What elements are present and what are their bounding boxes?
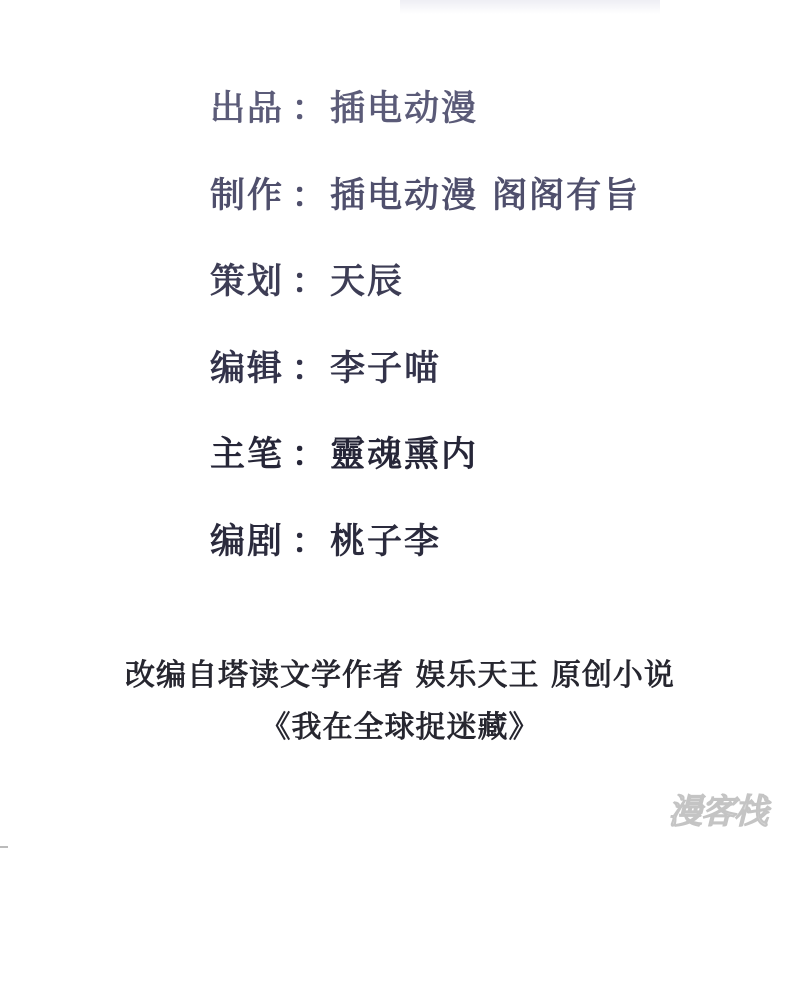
novel-title: 《我在全球捉迷藏》: [0, 702, 800, 754]
credit-row-editor: 编辑 ： 李子喵: [210, 340, 640, 392]
credit-name: 插电动漫: [330, 81, 478, 131]
edge-mark-decoration: [0, 846, 8, 848]
adaptation-source: 改编自塔读文学作者 娱乐天王 原创小说 《我在全球捉迷藏》: [0, 650, 800, 754]
credit-row-production: 制作 ： 插电动漫 阁阁有旨: [210, 167, 640, 219]
credit-name: 桃子李: [330, 514, 441, 564]
watermark-logo: 漫客栈: [668, 790, 790, 834]
credit-role: 策划: [210, 254, 290, 304]
credits-list: 出品 ： 插电动漫 制作 ： 插电动漫 阁阁有旨 策划 ： 天辰 编辑 ： 李子…: [210, 80, 640, 599]
credit-row-planner: 策划 ： 天辰: [210, 253, 640, 305]
credit-colon: ：: [290, 341, 330, 391]
credit-name: 靈魂熏内: [330, 427, 478, 477]
credit-colon: ：: [290, 81, 330, 131]
credit-colon: ：: [290, 168, 330, 218]
credit-name: 插电动漫 阁阁有旨: [330, 168, 640, 218]
credit-row-producer: 出品 ： 插电动漫: [210, 80, 640, 132]
adaptation-credit-line: 改编自塔读文学作者 娱乐天王 原创小说: [125, 658, 675, 693]
credit-colon: ：: [290, 254, 330, 304]
credit-role: 编辑: [210, 341, 290, 391]
credit-role: 制作: [210, 168, 290, 218]
credit-role: 主笔: [210, 427, 290, 477]
credit-name: 李子喵: [330, 341, 441, 391]
credit-role: 出品: [210, 81, 290, 131]
credit-row-lead-artist: 主笔 ： 靈魂熏内: [210, 426, 640, 478]
credit-colon: ：: [290, 514, 330, 564]
credit-colon: ：: [290, 427, 330, 477]
credit-role: 编剧: [210, 514, 290, 564]
credit-name: 天辰: [330, 254, 404, 304]
top-fade-decoration: [400, 0, 660, 14]
credit-row-screenwriter: 编剧 ： 桃子李: [210, 513, 640, 565]
